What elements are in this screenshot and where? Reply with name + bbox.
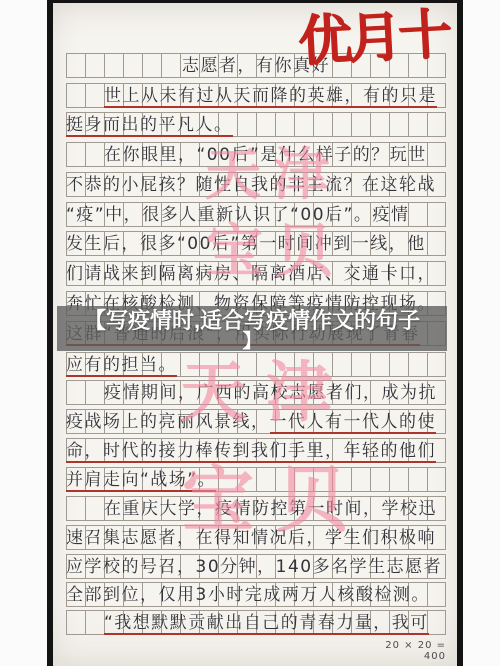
essay-line: 全部到位，仅用3小时完成两万人核酸检测。 [66,582,446,607]
underlined-text: 一代人有一代人的使 [270,412,437,434]
essay-line: 并肩走向“战场”。 [66,467,446,492]
essay-line: 世上从未有过从天而降的英雄，有的只是 [66,83,446,108]
frame-left-bar [47,0,53,666]
underlined-text: 世上从未有过从天而降的英雄，有的只是 [104,86,437,108]
underlined-text: “我想默默贡献出自己的青春力量，我可 [104,613,429,635]
underlined-text: 命，时代的接力棒传到我们手里，年轻的他们 [66,441,436,463]
handwritten-text: 不恭的小屁孩？随性自我的非主流？在这轮战 [66,175,436,195]
handwritten-text: 全部到位，仅用3小时完成两万人核酸检测。 [66,585,430,605]
essay-line: 应学校的号召，30分钟，140多名学生志愿者 [66,554,446,579]
essay-line: “疫”中，很多人重新认识了“00后”。疫情 [66,202,446,227]
essay-line: 速召集志愿者，在得知情况后，学生们积极响 [66,525,446,550]
essay-line: 应有的担当。 [66,352,446,377]
underlined-text: 应有的担当。 [66,355,177,377]
handwritten-text: 应学校的号召，30分钟，140多名学生志愿者 [66,557,442,577]
underlined-text: 并肩走向“战场”。 [66,470,216,492]
frame-right-bar [457,0,463,666]
brand-logo: 优月十 [292,0,454,82]
essay-line: 疫战场上的亮丽风景线，一代人有一代人的使 [66,409,446,434]
essay-line: 在你眼里，“00后”是什么样子的？玩世 [66,142,446,167]
handwritten-text: 发生后，很多“00后”第一时间冲到一线，他 [66,234,426,254]
frame-top-bar [47,0,463,3]
handwritten-text: 在你眼里，“00后”是什么样子的？玩世 [104,145,427,165]
essay-line: 挺身而出的平凡人。 [66,112,446,137]
handwritten-text: 速召集志愿者，在得知情况后，学生们积极响 [66,528,436,548]
handwritten-text: “疫”中，很多人重新认识了“00后”。疫情 [66,205,409,225]
handwritten-text: 们请战来到隔离病房、隔离酒店、交通卡口， [66,264,436,284]
underlined-text: 挺身而出的平凡人。 [66,115,233,137]
essay-line: 疫情期间，广西的高校志愿者们，成为抗 [66,380,446,405]
handwritten-text: 在重庆大学，疫情防控第一时间，学校迅 [104,499,437,519]
handwritten-text: 疫战场上的亮丽风景线， [66,412,270,432]
grid-count-note: 20 × 20 = 400 [378,640,446,662]
caption-closing-bracket: 】 [57,334,447,350]
handwritten-text: 疫情期间，广西的高校志愿者们，成为抗 [104,383,437,403]
caption-overlay: 【写疫情时,适合写疫情作文的句子 】 [57,306,447,351]
essay-line: 们请战来到隔离病房、隔离酒店、交通卡口， [66,261,446,286]
essay-line: 在重庆大学，疫情防控第一时间，学校迅 [66,496,446,521]
essay-line: 命，时代的接力棒传到我们手里，年轻的他们 [66,438,446,463]
essay-line: 发生后，很多“00后”第一时间冲到一线，他 [66,231,446,256]
essay-line: “我想默默贡献出自己的青春力量，我可 [66,610,446,635]
essay-line: 不恭的小屁孩？随性自我的非主流？在这轮战 [66,172,446,197]
photo-frame: 志愿者，有你真好世上从未有过从天而降的英雄，有的只是挺身而出的平凡人。在你眼里，… [0,0,500,666]
